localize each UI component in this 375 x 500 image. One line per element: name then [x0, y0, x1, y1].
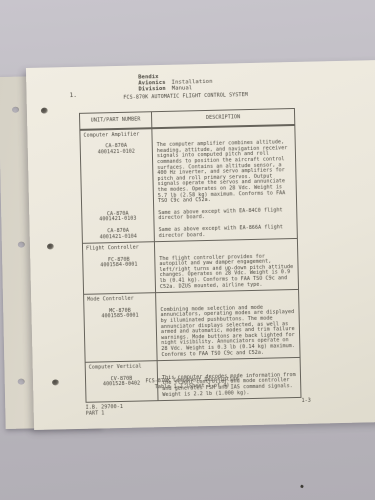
part-number: 4001584-0001 [83, 262, 154, 269]
section-mode-controller: Mode Controller MC-870B 4001585-0001 Com… [84, 289, 299, 362]
entry-description: The computer amplifier combines altitude… [153, 135, 297, 207]
footer-page-number: 1-3 [302, 399, 311, 405]
section-flight-controller: Flight Controller FC-870B 4001584-0001 T… [83, 238, 298, 294]
punch-hole [18, 242, 25, 248]
doc-title: FCS-870K AUTOMATIC FLIGHT CONTROL SYSTEM [67, 92, 305, 103]
photo-scene: 1. Bendix Avionics Division Installation… [0, 0, 375, 500]
part-number: 4001421-0102 [81, 149, 152, 156]
brand-block: Bendix Avionics Division [138, 74, 166, 93]
masthead: Bendix Avionics Division Installation Ma… [138, 73, 213, 93]
entry-description: Combining mode selection and mode annunc… [156, 300, 299, 361]
column-header-unit-part-number: UNIT/PART NUMBER [80, 112, 152, 128]
entry-description: Same as above except with EA-866A flight… [155, 221, 297, 241]
front-paper-sheet: 1. Bendix Avionics Division Installation… [26, 60, 375, 430]
part-number: 4001421-0104 [83, 234, 154, 241]
table-entry: CA-870A 4001421-0102 The computer amplif… [81, 135, 296, 208]
section-computer-amplifier: Computer Amplifier CA-870A 4001421-0102 … [80, 125, 297, 243]
components-table: UNIT/PART NUMBER DESCRIPTION Computer Am… [79, 108, 302, 403]
table-entry: FC-870B 4001584-0001 The flight controll… [83, 249, 298, 294]
brand-line: Division [138, 86, 165, 93]
manual-line: Manual [172, 85, 213, 92]
footer-doc-number: I.B. 29700-1 PART 1 [86, 405, 124, 417]
part-number: 4001585-0001 [85, 314, 156, 321]
page-content: 1. Bendix Avionics Division Installation… [26, 60, 375, 430]
part-label: PART 1 [86, 411, 123, 417]
entry-description: The flight controller provides for autop… [155, 249, 298, 293]
part-number: 4001421-0103 [82, 217, 153, 224]
manual-block: Installation Manual [172, 79, 213, 92]
punch-hole [18, 379, 25, 385]
table-entry: MC-870B 4001585-0001 Combining mode sele… [84, 300, 299, 362]
punch-hole [12, 107, 19, 113]
ink-speck [300, 484, 304, 488]
